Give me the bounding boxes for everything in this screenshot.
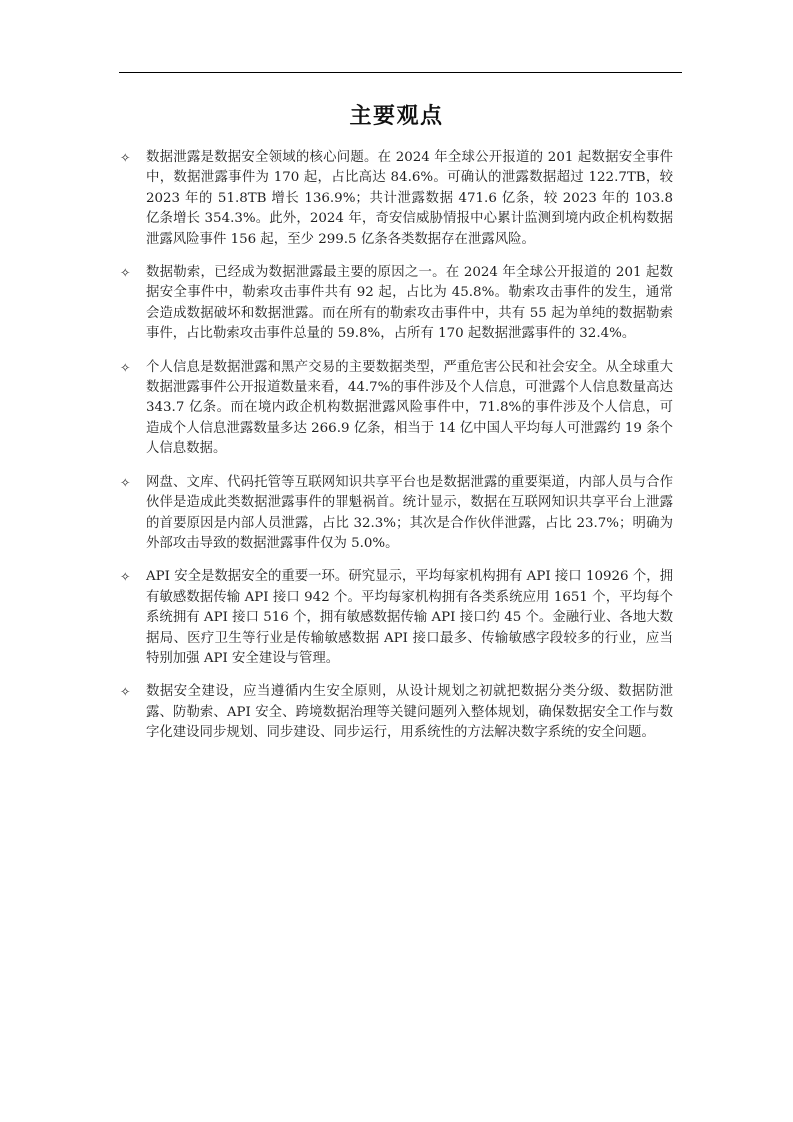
bullet-item: ✧ 数据泄露是数据安全领域的核心问题。在 2024 年全球公开报道的 201 起…	[120, 148, 673, 250]
diamond-bullet-icon: ✧	[120, 567, 146, 587]
bullet-text-data-leak: 数据泄露是数据安全领域的核心问题。在 2024 年全球公开报道的 201 起数据…	[146, 148, 673, 250]
bullet-text-security-building: 数据安全建设，应当遵循内生安全原则，从设计规划之初就把数据分类分级、数据防泄露、…	[146, 682, 673, 743]
bullet-item: ✧ API 安全是数据安全的重要一环。研究显示，平均每家机构拥有 API 接口 …	[120, 567, 673, 669]
document-page: 主要观点 ✧ 数据泄露是数据安全领域的核心问题。在 2024 年全球公开报道的 …	[0, 0, 793, 1122]
bullet-text-ransom: 数据勒索，已经成为数据泄露最主要的原因之一。在 2024 年全球公开报道的 20…	[146, 263, 673, 345]
diamond-bullet-icon: ✧	[120, 682, 146, 702]
header-rule	[119, 72, 682, 73]
bullet-item: ✧ 个人信息是数据泄露和黑产交易的主要数据类型，严重危害公民和社会安全。从全球重…	[120, 358, 673, 460]
bullet-item: ✧ 网盘、文库、代码托管等互联网知识共享平台也是数据泄露的重要渠道，内部人员与合…	[120, 473, 673, 555]
bullet-list: ✧ 数据泄露是数据安全领域的核心问题。在 2024 年全球公开报道的 201 起…	[120, 148, 673, 757]
bullet-item: ✧ 数据勒索，已经成为数据泄露最主要的原因之一。在 2024 年全球公开报道的 …	[120, 263, 673, 345]
bullet-text-sharing-platforms: 网盘、文库、代码托管等互联网知识共享平台也是数据泄露的重要渠道，内部人员与合作伙…	[146, 473, 673, 555]
diamond-bullet-icon: ✧	[120, 263, 146, 283]
diamond-bullet-icon: ✧	[120, 473, 146, 493]
bullet-text-api-security: API 安全是数据安全的重要一环。研究显示，平均每家机构拥有 API 接口 10…	[146, 567, 673, 669]
page-title: 主要观点	[0, 99, 793, 130]
diamond-bullet-icon: ✧	[120, 358, 146, 378]
bullet-text-personal-info: 个人信息是数据泄露和黑产交易的主要数据类型，严重危害公民和社会安全。从全球重大数…	[146, 358, 673, 460]
diamond-bullet-icon: ✧	[120, 148, 146, 168]
bullet-item: ✧ 数据安全建设，应当遵循内生安全原则，从设计规划之初就把数据分类分级、数据防泄…	[120, 682, 673, 743]
